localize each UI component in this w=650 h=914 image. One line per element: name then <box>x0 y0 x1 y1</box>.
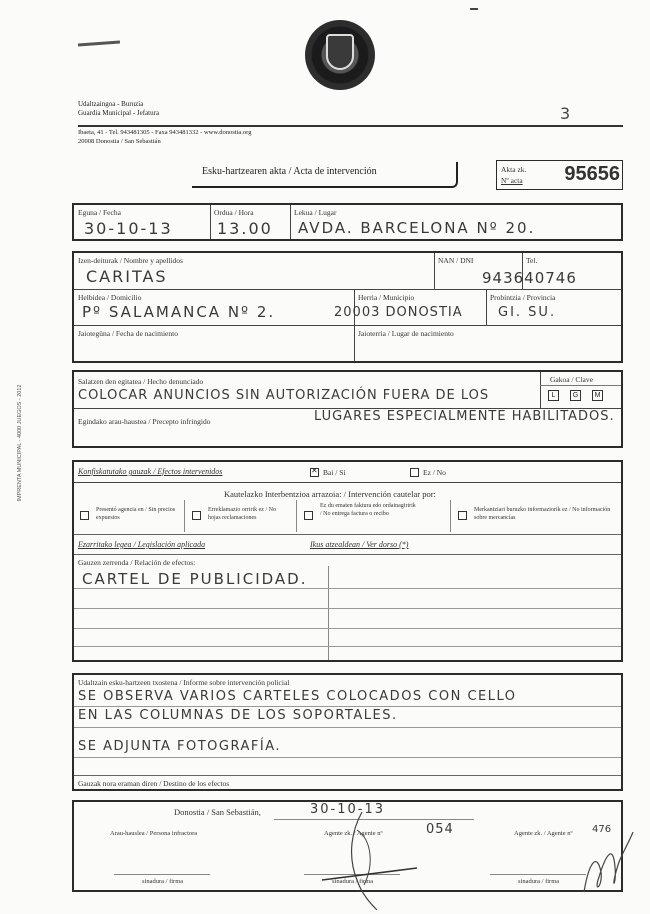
precaution-checkbox-no-goods-info[interactable] <box>458 511 467 520</box>
divider <box>74 289 621 290</box>
offender-label: Arau-hauslea / Persona infractora <box>110 830 197 837</box>
municipality-field[interactable]: 20003 DONOSTIA <box>334 305 463 320</box>
page-number: 3 <box>560 104 570 123</box>
precaution-label-no-invoice: Ez du ematen faktura edo ordainagiririk … <box>320 502 416 518</box>
divider <box>74 534 621 535</box>
report-label: Udaltzain esku-hartzeen txostena / Infor… <box>78 678 289 687</box>
police-emblem-icon <box>305 20 375 90</box>
birthplace-label: Jaioterria / Lugar de nacimiento <box>358 329 454 338</box>
phone-field[interactable]: 943640746 <box>482 269 577 287</box>
divider <box>450 500 451 532</box>
fact-label: Salatzen den egitatea / Hecho denunciado <box>78 377 203 386</box>
relation-field[interactable]: CARTEL DE PUBLICIDAD. <box>82 570 308 588</box>
divider <box>296 500 297 532</box>
divider <box>74 554 621 555</box>
header-divider <box>78 125 623 127</box>
province-label: Probintzia / Provincia <box>490 293 555 302</box>
precaution-label-no-complaint-sheets: Erreklamazio orririk ez / No hojas recla… <box>208 506 290 522</box>
act-number-label-eu: Akta zk. <box>501 165 526 174</box>
legislation-label: Ezarritako legea / Legislación aplicada <box>78 540 205 549</box>
org-line-1: Udaltzaingoa - Buruzia <box>78 100 159 109</box>
address-block: Ibaeta, 41 - Tel. 943481305 - Faxa 94348… <box>78 129 251 146</box>
seized-no-checkbox[interactable] <box>410 468 419 477</box>
date-label: Egunа / Fecha <box>78 208 121 217</box>
signature-line-agent2 <box>490 874 586 875</box>
time-field[interactable]: 13.00 <box>217 219 273 238</box>
precept-field[interactable]: LUGARES ESPECIALMENTE HABILITADOS. <box>314 409 615 424</box>
effects-section: Konfiskatutako gauzak / Efectos interven… <box>72 460 623 662</box>
document-title: Esku-hartzearen akta / Acta de intervenc… <box>192 162 458 188</box>
precept-label: Egindako arau-hausteа / Precepto infring… <box>78 417 210 426</box>
person-section: Izen-deiturak / Nombre y apellidos CARIT… <box>72 251 623 363</box>
report-line-2[interactable]: EN LAS COLUMNAS DE LOS SOPORTALES. <box>78 708 398 723</box>
address-line-1: Ibaeta, 41 - Tel. 943481305 - Faxa 94348… <box>78 129 251 138</box>
destination-label: Gauzak nora eraman diren / Destino de lo… <box>78 779 229 788</box>
precaution-checkbox-no-invoice[interactable] <box>304 511 313 520</box>
name-field[interactable]: CARITAS <box>86 267 168 286</box>
scan-mark <box>78 41 120 47</box>
report-section: Udaltzain esku-hartzeen txostena / Infor… <box>72 673 623 791</box>
place-label: Lekua / Lugar <box>294 208 336 217</box>
ruled-line <box>74 588 621 589</box>
report-line-3[interactable]: SE ADJUNTA FOTOGRAFÍA. <box>78 739 281 754</box>
key-option-m[interactable]: M <box>592 390 603 401</box>
province-field[interactable]: GI. SU. <box>498 305 556 320</box>
municipality-label: Herria / Municipio <box>358 293 414 302</box>
divider <box>290 205 291 239</box>
margin-print-text: IMPRENTA MUNICIPAL - 4000 JUEGOS - 2012 <box>17 363 23 523</box>
ruled-line <box>74 757 621 758</box>
phone-label: Tel. <box>526 256 537 265</box>
divider <box>74 482 621 483</box>
seized-no-label: Ez / No <box>423 468 446 477</box>
key-option-g[interactable]: G <box>570 390 581 401</box>
dni-label: NAN / DNI <box>438 256 473 265</box>
act-number-label-es: Nº acta <box>501 176 523 185</box>
agent2-label: Agente zk. / Agente nº <box>514 830 573 837</box>
report-line-1[interactable]: SE OBSERVA VARIOS CARTELES COLOCADOS CON… <box>78 689 517 704</box>
place-field[interactable]: AVDA. BARCELONA Nº 20. <box>298 219 535 237</box>
agent2-signature-label: sinadura / firma <box>518 878 559 885</box>
time-label: Ordua / Hora <box>214 208 254 217</box>
key-label: Gakoa / Clave <box>550 375 593 384</box>
seized-label: Konfiskatutako gauzak / Efectos interven… <box>78 467 222 476</box>
org-line-2: Guardia Municipal - Jefatura <box>78 109 159 118</box>
org-header: Udaltzaingoa - Buruzia Guardia Municipal… <box>78 100 159 118</box>
divider <box>486 289 487 325</box>
scan-mark <box>470 8 478 10</box>
act-number-box: Akta zk. Nº acta 95656 <box>496 160 623 190</box>
ruled-line <box>74 628 621 629</box>
offender-signature-label: sinadura / firma <box>142 878 183 885</box>
agent2-signature-scribble <box>579 832 639 902</box>
precaution-label-no-prices: Presentó agencia en / Sin precios expues… <box>96 506 176 522</box>
seized-yes-checkbox[interactable] <box>310 468 319 477</box>
signature-section: Donostia / San Sebastián, 30-10-13 Arau-… <box>72 800 623 892</box>
date-field[interactable]: 30-10-13 <box>84 219 173 238</box>
ruled-line <box>74 727 621 728</box>
divider <box>540 385 621 386</box>
divider <box>210 205 211 239</box>
divider <box>184 500 185 532</box>
birthdate-label: Jaiotegüna / Fecha de nacimiento <box>78 329 178 338</box>
key-option-l[interactable]: L <box>548 390 559 401</box>
event-section: Egunа / Fecha 30-10-13 Ordua / Hora 13.0… <box>72 203 623 241</box>
offense-section: Salatzen den egitatea / Hecho denunciado… <box>72 370 623 448</box>
divider <box>540 372 541 408</box>
seized-yes-label: Bai / Sí <box>323 468 346 477</box>
precaution-label-no-goods-info: Merkantziari buruzko informaziorik ez / … <box>474 506 618 522</box>
see-reverse-label: Ikus atzealdean / Ver dorso (*) <box>310 540 408 549</box>
name-label: Izen-deiturak / Nombre y apellidos <box>78 256 183 265</box>
ruled-line <box>74 706 621 707</box>
signature-line-offender <box>114 874 210 875</box>
document-title-label: Esku-hartzearen akta / Acta de intervenc… <box>202 166 377 177</box>
address-field[interactable]: Pº SALAMANCA Nº 2. <box>82 303 275 321</box>
precaution-title: Kautelazko Interbentzioa arrazoia: / Int… <box>224 489 436 499</box>
act-number: 95656 <box>564 163 620 186</box>
address-line-2: 20008 Donostia / San Sebastián <box>78 138 251 147</box>
city-label: Donostia / San Sebastián, <box>174 807 261 817</box>
agent1-number[interactable]: 054 <box>426 822 454 837</box>
precaution-checkbox-no-complaint-sheets[interactable] <box>192 511 201 520</box>
agent1-signature-scribble <box>302 810 422 910</box>
ruled-line <box>74 646 621 647</box>
fact-field[interactable]: COLOCAR ANUNCIOS SIN AUTORIZACIÓN FUERA … <box>78 388 489 403</box>
address-label: Helbidea / Domicilio <box>78 293 141 302</box>
precaution-checkbox-no-prices[interactable] <box>80 511 89 520</box>
divider <box>74 325 621 326</box>
divider <box>74 775 621 776</box>
relation-label: Gauzen zerrenda / Relación de efectos: <box>78 558 195 567</box>
divider <box>434 253 435 289</box>
ruled-line <box>74 608 621 609</box>
